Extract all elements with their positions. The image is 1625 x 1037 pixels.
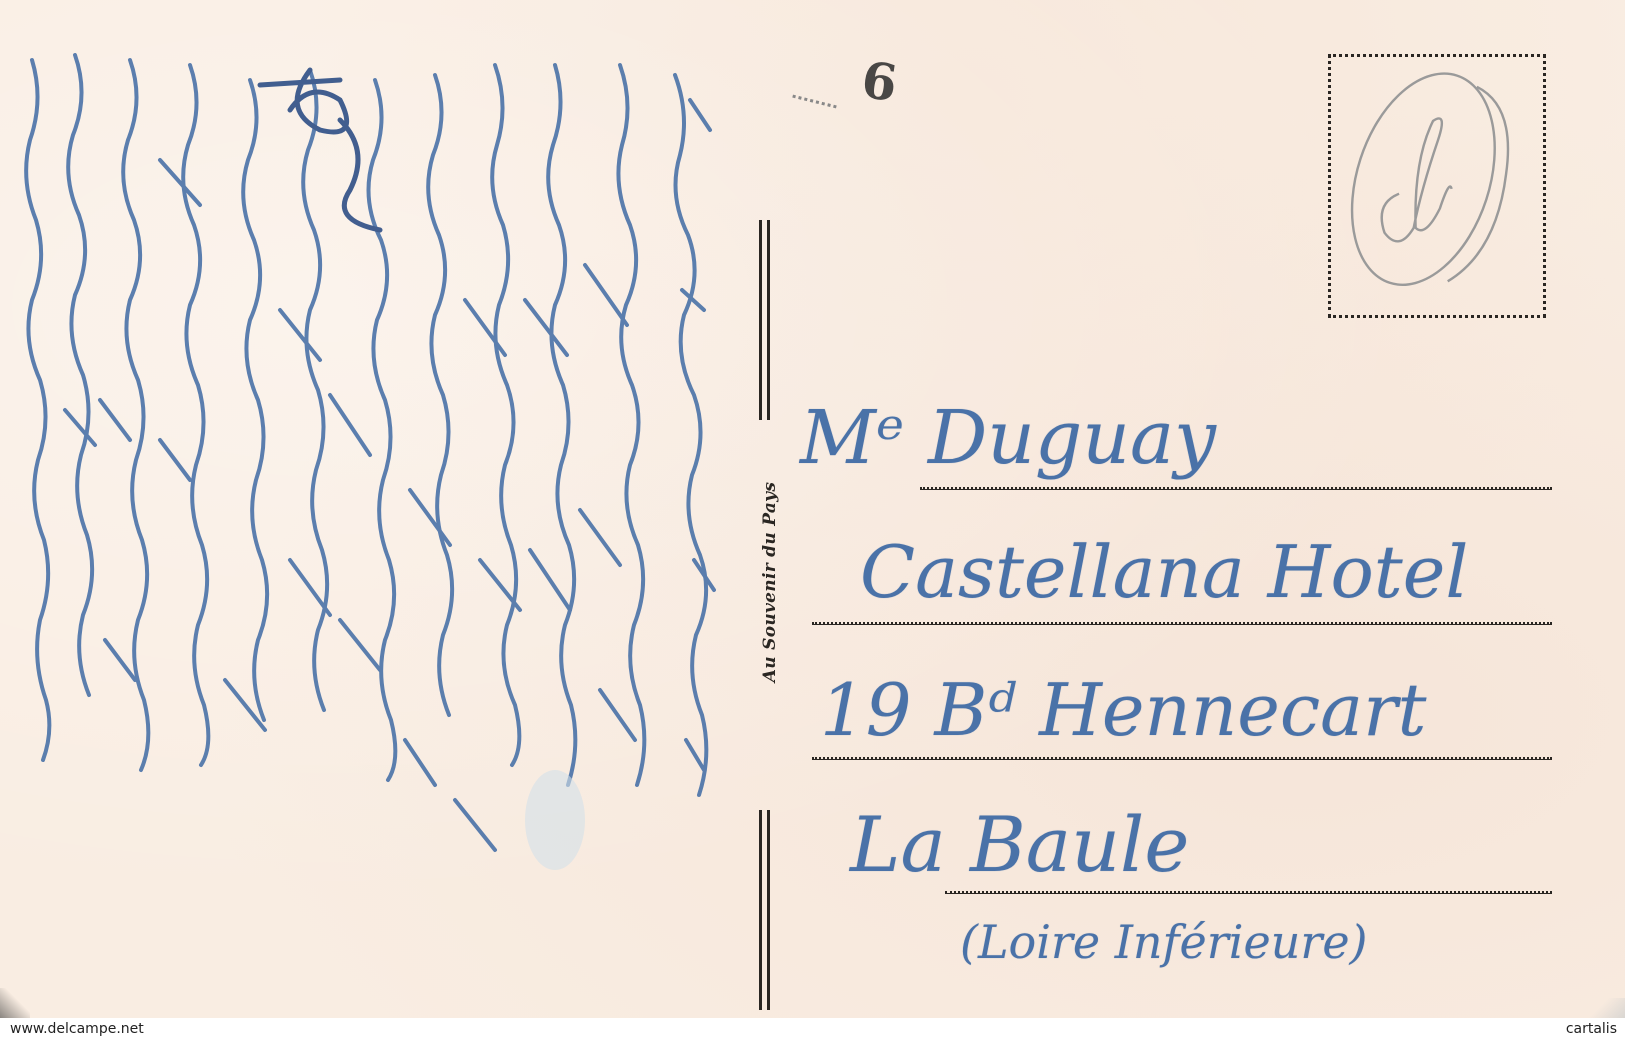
watermark-bar [0,1018,1625,1037]
stamp-box [1328,54,1546,318]
message-column-3 [525,65,575,785]
worn-corner-bottom-right [1585,998,1625,1018]
watermark-cartalis: cartalis [1566,1021,1617,1037]
message-column-8 [225,80,267,730]
address-department: (Loire Inférieure) [960,915,1368,969]
message-column-12 [26,60,49,760]
divider-top-double-line [759,220,770,420]
message-column-5 [405,75,452,785]
address-rule-4 [945,891,1552,894]
message-column-7 [280,70,330,710]
pencil-number-mark: 6 [858,50,901,113]
message-column-11 [65,55,95,695]
address-recipient: Mᵉ Duguay [800,395,1216,481]
signature-scribble [260,70,380,230]
postcard-back: 6 Au Souvenir du Pays Mᵉ Duguay Castella… [0,0,1625,1018]
address-city: La Baule [850,800,1189,889]
address-hotel: Castellana Hotel [860,530,1468,614]
address-rule-3 [812,757,1552,760]
divider-bottom-double-line [759,810,770,1010]
handwritten-message [10,40,730,960]
worn-corner-bottom-left [0,988,30,1018]
address-rule-2 [812,622,1552,625]
pencil-dash-mark [792,95,836,109]
watermark-delcampe: www.delcampe.net [10,1021,144,1037]
message-column-6 [330,80,395,780]
message-column-9 [160,65,208,765]
pencil-circle-annotation-icon [1331,57,1543,315]
message-column-10 [100,60,148,770]
printed-divider-label: Au Souvenir du Pays [760,482,780,683]
message-column-2 [580,65,644,785]
message-column-1 [675,75,714,795]
message-column-4 [455,65,520,850]
address-rule-1 [920,487,1552,490]
address-street: 19 Bᵈ Hennecart [820,668,1426,752]
